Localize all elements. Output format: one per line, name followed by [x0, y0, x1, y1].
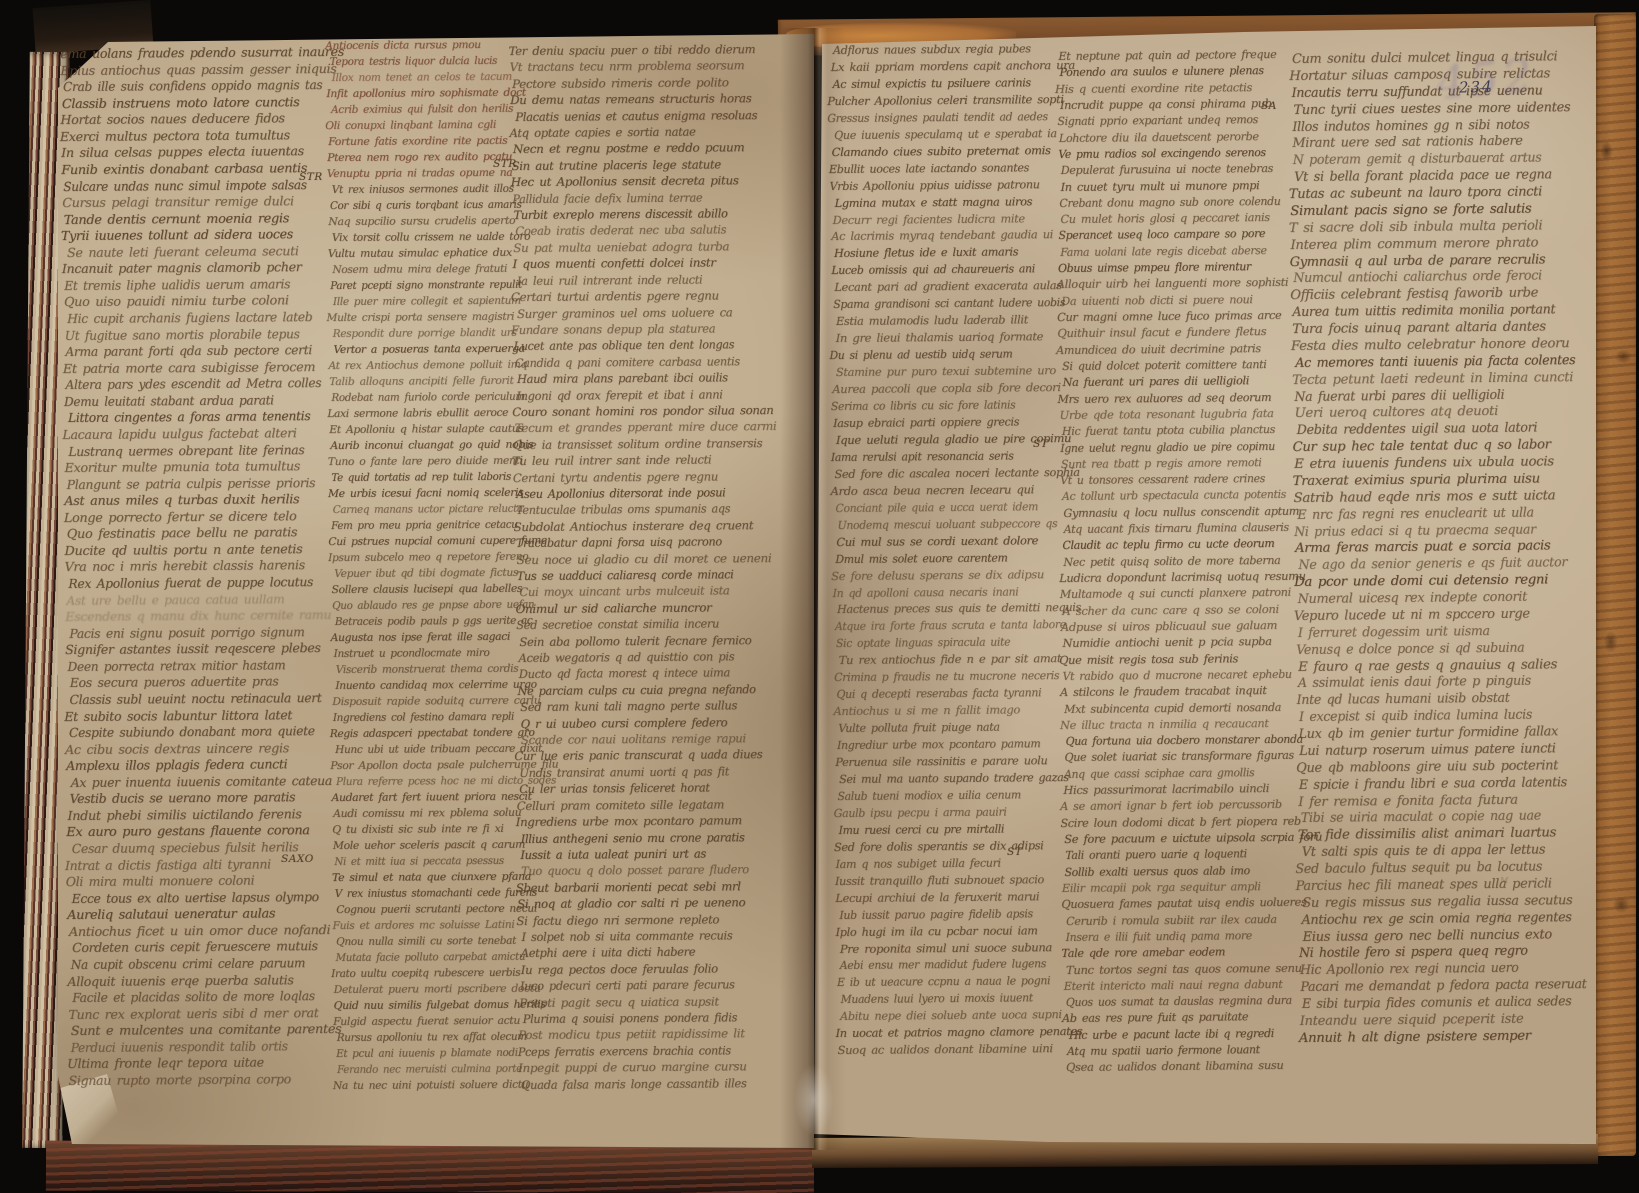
manuscript-line: Disposuit rapide soduitq currere carlu: [332, 695, 523, 712]
manuscript-line: Necn et regnu postme e reddo pcuum: [513, 141, 758, 159]
manuscript-line: Peruenua sile rassinitis e parare uolu: [835, 754, 1065, 773]
manuscript-line: Turbit exreplo merens discessit abillo: [513, 206, 746, 224]
manuscript-line: Carneq manans uctor pictare relucta: [333, 503, 513, 520]
manuscript-line: Imu ruesi cerci cu pre mirtalli: [839, 822, 1059, 841]
manuscript-line: V rex iniustus stomachanti cede furens: [335, 887, 516, 904]
manuscript-line: At rex Antiochus demone polluit imq: [328, 359, 517, 376]
manuscript-line: Instruet u pcondlocmate miro: [334, 647, 518, 664]
marginal-note: STR: [299, 171, 323, 183]
manuscript-line: In silua celsas puppes electa iuuentas: [61, 143, 326, 162]
manuscript-line: Mole uehor sceleris pascit q carum: [333, 839, 522, 856]
manuscript-line: Inpegit puppi de curuo margine cursu: [518, 1059, 762, 1077]
manuscript-line: Ebullit uoces late iactando sonantes: [829, 161, 1055, 180]
manuscript-line: Seu noce ui gladio cu dil moret ce uenen…: [516, 551, 761, 569]
manuscript-line: Acrib eximius qui fulsit don herilis: [331, 103, 515, 120]
manuscript-line: Post modicu tpus petiit rapidissime lit: [518, 1026, 762, 1044]
manuscript-line: Iama rerulsi apit resonancia seris: [831, 449, 1052, 468]
manuscript-line: Abitu nepe diei solueb ante uoca supni: [840, 1008, 1069, 1027]
manuscript-line: Que iuuenis speculamq ut e sperabat ia: [834, 127, 1059, 146]
manuscript-line: Tuo quocu q dolo posset parare fludero: [521, 862, 754, 880]
manuscript-line: Ne parciam culps cu cuia pregna nefando: [517, 682, 748, 700]
manuscript-line: Amplexu illos pplagis federa cuncti: [66, 756, 327, 775]
manuscript-line: Fundare sonans depup pla staturea: [511, 321, 746, 339]
manuscript-line: Te quid tortatis ad rep tulit laboris: [331, 471, 510, 488]
manuscript-line: Iasup ebraici parti oppiere grecis: [833, 415, 1059, 434]
manuscript-line: Ingoni qd orax ferepit et ibat i anni: [516, 387, 750, 405]
text-column-right-3: Cum sonitu dulci mulcet lingua q trisulc…: [1290, 49, 1592, 1048]
marginal-note: ST: [1033, 438, 1048, 450]
manuscript-line: Sollere clausis lucisepi qua labelles: [331, 583, 520, 600]
manuscript-line: Atq optate capies e sortia natae: [509, 124, 745, 142]
manuscript-line: Ia leui ruil intrerant inde relucti: [517, 272, 752, 290]
manuscript-line: Infit apollonius miro sophismate doct: [326, 87, 514, 104]
manuscript-line: Lgmina mutax e statt magna uiros: [835, 195, 1065, 214]
manuscript-line: Cespite subiundo donabant mora quiete: [69, 723, 324, 742]
manuscript-photo: ema uolans fraudes pdendo susurrat inaur…: [0, 0, 1639, 1192]
text-column-right-2: Et neptune pat quin ad pectore frequePon…: [1056, 48, 1298, 1078]
manuscript-line: Classib instruens moto latore cunctis: [62, 94, 327, 113]
manuscript-line: Ducite qd uultis portu n ante tenetis: [64, 541, 331, 560]
manuscript-line: Ingrediens col festino damara repli: [333, 711, 514, 728]
manuscript-line: I solpet nob si uita commante recuis: [521, 928, 754, 946]
manuscript-line: Irato uultu coepitq rubescere uerbis: [331, 967, 514, 984]
manuscript-line: Inuento candidaq mox celerrime urgo: [335, 679, 522, 696]
manuscript-line: Placatis uenias et cautus enigma resolua…: [515, 108, 751, 126]
manuscript-line: Vestib ducis se uerano more paratis: [70, 789, 329, 808]
manuscript-line: Antiochus u si me n fallit imago: [833, 703, 1067, 722]
manuscript-line: Surger graminos uel oms uoluere ca: [517, 305, 757, 323]
manuscript-line: Certani tyrtu andentis pgere regnu: [513, 469, 752, 487]
manuscript-line: Sed fore dic ascalea noceri lectante sop…: [834, 466, 1064, 485]
text-column-right-1: Adflorus naues subdux regia pubesLx kaii…: [830, 42, 1067, 1062]
manuscript-line: Sunt e mulcentes una comitante parentes: [71, 1021, 339, 1040]
manuscript-line: Psor Apollon docta psale pulcherrume fil…: [330, 759, 520, 776]
manuscript-line: Escendens q manu dix hunc cernite ramu: [65, 607, 327, 626]
manuscript-line: Ingrediur urbe mox pcontaro pamum: [837, 737, 1059, 756]
manuscript-line: Pre roponita simul uni suoce subuna: [840, 940, 1074, 959]
manuscript-line: Longe porrecto fertur se dicere telo: [64, 508, 330, 527]
manuscript-line: Me urbis icesui facni nomiq sceleris: [328, 487, 517, 504]
manuscript-line: Te simul et nata que ciunxere pfana: [332, 871, 523, 888]
manuscript-line: Cui moyx uincant urbs mulceuit ista: [519, 584, 755, 602]
manuscript-line: Venuptu ppria ni tradas opume na: [327, 167, 515, 184]
manuscript-line: Hosiune fletus ide e luxit amaris: [834, 245, 1062, 264]
manuscript-line: Signifer astantes iussit reqescere plebe…: [65, 640, 327, 659]
manuscript-line: In uocat et patrios magno clamore penate…: [835, 1025, 1066, 1044]
manuscript-line: Tu rex antiochus fide n e par sit amat: [839, 652, 1072, 671]
manuscript-line: Exerci multus pectora tota tumultus: [60, 127, 323, 146]
manuscript-line: Viscerib monstruerat thema cordis: [336, 663, 521, 680]
manuscript-line: Hunc ubi ut uide tribuam peccare dixit: [335, 743, 518, 760]
manuscript-line: Indut phebi similis uictilando ferenis: [67, 806, 332, 825]
manuscript-line: In gre lieui thalamis uarioq formate: [836, 330, 1070, 349]
manuscript-line: Aurib inconui cluangat go quid nobis: [330, 439, 521, 456]
manuscript-line: Illox nom tenet an celos te tacum: [332, 71, 517, 88]
manuscript-line: Na cupit obscenu crimi celare paruum: [71, 955, 322, 974]
manuscript-line: Aceib wegatoris q ad quisttio con pis: [518, 649, 754, 667]
manuscript-line: Cognou puerii scrutanti pectore necui: [336, 903, 521, 920]
manuscript-line: Tu leu ruil intrer sant inde relucti: [512, 452, 750, 470]
manuscript-line: Antiochus ficet u uin omor duce nofandi: [69, 922, 336, 941]
manuscript-line: Vix torsit collu crissem ne ualde toro: [332, 231, 518, 248]
manuscript-line: Epius antiochus quas passim gesser iniqu…: [60, 61, 324, 80]
manuscript-line: Celluri pram comiteto sille legatam: [517, 797, 757, 815]
manuscript-line: Cui pstrues nupcial comuni cupere fume: [328, 535, 516, 552]
manuscript-line: Tuno o fante lare pero diuide menti: [328, 455, 516, 472]
manuscript-line: Ferando nec meruisti culmina porte: [337, 1063, 517, 1080]
manuscript-line: Pulcher Apollonius celeri transmilite so…: [827, 93, 1057, 112]
manuscript-line: Littora cingentes a foras arma tenentis: [68, 408, 324, 427]
manuscript-line: Que ia transisset solitum ordine transer…: [513, 436, 753, 454]
manuscript-line: Vrbis Apolloniu ppius uidisse patronu: [829, 178, 1057, 197]
manuscript-line: Quo festinatis pace bellu ne paratis: [67, 524, 334, 543]
manuscript-line: Tande dentis cernunt moenia regis: [64, 210, 332, 229]
manuscript-line: Lustranq uermes obrepant lite ferinas: [68, 441, 325, 460]
manuscript-line: Et subito socis labuntur littora latet: [64, 706, 327, 725]
manuscript-line: Et Apolloniu q histar sulapte cautus: [329, 423, 517, 440]
manuscript-line: Serima co libris cu sic fore latinis: [831, 398, 1050, 417]
manuscript-line: Se naute leti fuerant celeuma secuti: [67, 243, 330, 262]
manuscript-line: Du demu natas remeans structuris horas: [510, 91, 750, 109]
manuscript-line: Estia mulamodis ludu laderab illit: [836, 313, 1067, 332]
manuscript-line: Facile et placidas solito de more loqlas: [72, 988, 328, 1007]
manuscript-line: Cor sibi q curis torqbant icus amaris: [330, 199, 510, 216]
manuscript-line: Ter deniu spaciu puer o tibi reddo dieru…: [509, 42, 746, 60]
manuscript-line: Pterea nem rogo rex audito pcatu: [327, 151, 516, 168]
manuscript-line: Ac cibu socis dextras uincere regis: [65, 740, 329, 759]
manuscript-line: E ib ut ueacure ccpnu a naua le pogni: [837, 974, 1058, 993]
manuscript-line: Sic optate linguas spiracula uite: [836, 635, 1055, 654]
manuscript-line: Ax puer inuenta iuuenis comitante cateua: [71, 773, 329, 792]
manuscript-line: Ultima fronte leqr tepora uitae: [67, 1054, 330, 1073]
manuscript-line: Ecce tous ex alto uertise lapsus olympo: [72, 889, 328, 908]
manuscript-line: Nosem udmu mira delege fratuti: [332, 263, 518, 280]
manuscript-line: Iuco pdecuri certi pati parare fecurus: [520, 977, 751, 995]
text-column-left-3: Ter deniu spaciu puer o tibi reddo dieru…: [512, 42, 758, 1094]
manuscript-line: Crab ille suis confidens oppido magnis t…: [63, 77, 315, 96]
manuscript-line: Aurea paccoli que copla sib fore decori: [832, 381, 1067, 400]
manuscript-line: Lacaura lapidu uulgus factebat alteri: [62, 425, 324, 444]
manuscript-line: Classis subl ueuint noctu retinacula uer…: [69, 690, 326, 709]
manuscript-line: Cur lue eris panic transcurat q uada diu…: [514, 748, 750, 766]
manuscript-line: Vulte polluta fruit piuge nata: [838, 720, 1063, 739]
manuscript-line: Subdolat Antiochus insterare deq cruent: [514, 518, 756, 536]
manuscript-line: Sed ram kuni tali magno perte sullus: [520, 698, 756, 716]
manuscript-line: Funib exintis donabant carbasa uentis: [61, 160, 328, 179]
manuscript-line: Et pcul ani iuuenis p blamate nodi: [336, 1047, 518, 1064]
manuscript-line: Ast anus miles q turbas duxit herilis: [64, 491, 330, 510]
manuscript-line: Rursus apolloniu tu rex affat olecum: [337, 1031, 518, 1048]
manuscript-line: Quo uiso pauidi nimiu turbe coloni: [64, 292, 330, 311]
manuscript-line: Q tu dixisti sic sub inte re fi xi: [332, 823, 522, 840]
manuscript-line: Ut fugitue sano mortis plorabile tepus: [65, 326, 319, 345]
manuscript-line: Tentuculae tribulas oms spumanis aqs: [516, 502, 746, 520]
manuscript-line: Pcepti pagit secu q uiatica supsit: [519, 994, 764, 1012]
manuscript-line: Iu rega pectos doce feruulas folio: [521, 961, 759, 979]
manuscript-line: Undis transirat anumi uorti q pas fit: [519, 764, 752, 782]
manuscript-line: Alloquit iuuenis erqe puerba salutis: [67, 971, 330, 990]
manuscript-line: Plura referre pcess hoc ne mi dicto sode…: [336, 775, 518, 792]
marginal-note: SA: [1261, 100, 1277, 112]
manuscript-line: Sei mul ma uanto supando tradere gazas: [839, 771, 1064, 790]
manuscript-line: Et tremis liphe ualidis uerum amaris: [64, 276, 318, 295]
manuscript-line: Plurima q souisi ponens pondera fidis: [523, 1010, 754, 1028]
manuscript-line: Annuit h alt digne psistere semper: [1299, 1028, 1596, 1048]
manuscript-line: Oli mira multi monuere coloni: [66, 872, 324, 891]
manuscript-line: Tecum et grandes pperant mire duce carmi: [515, 419, 759, 437]
manuscript-line: Tracabatur dapni forsa uisq pacrono: [516, 534, 747, 552]
marginal-ghost-letter: m: [1500, 872, 1509, 886]
manuscript-line: Du si plenu ad uestib uidq serum: [829, 347, 1048, 366]
manuscript-line: Scande cor naui uolitans remige rapui: [521, 731, 760, 749]
manuscript-line: Respondit dure porrige blandit urs: [333, 327, 518, 344]
page-number: 234: [1459, 77, 1494, 96]
manuscript-line: Sein aba pollomo tulerit fecnare fernico: [519, 633, 756, 651]
manuscript-line: Illius anthegeni senio mu crone paratis: [521, 830, 754, 848]
manuscript-line: Deen porrecta retrax mitior hastam: [67, 657, 320, 676]
manuscript-line: Salub tueni modiox e uilia cenum: [837, 788, 1057, 807]
manuscript-line: Sin aut trutine placeris lege statute: [512, 157, 751, 175]
marginal-note: ST: [1007, 846, 1022, 858]
manuscript-line: Laxi sermone labris ebullit aeroce: [327, 407, 513, 424]
manuscript-line: Ac simul expictis tu psiluere carinis: [832, 76, 1056, 95]
manuscript-line: Lecupi archiui de la feruxerit marui: [835, 890, 1065, 909]
book-cover-bottom-left: [46, 1141, 814, 1192]
manuscript-line: Sbeut barbarii morienti pecat sebi mrl: [516, 879, 754, 897]
manuscript-line: Adflorus naues subdux regia pubes: [833, 42, 1061, 61]
manuscript-line: Cu ler urias tonsis feliceret horat: [519, 780, 751, 798]
manuscript-line: Candida q pani comitere carbasa uentis: [515, 354, 745, 372]
manuscript-line: Vepuer ibut qd tibi dogmate fictus: [334, 567, 520, 584]
manuscript-line: Cui mul sus se cordi uexant dolore: [836, 534, 1068, 553]
manuscript-line: Couro sonant homini ros pondor silua son…: [512, 403, 751, 421]
manuscript-line: Ducto qd facta morest q intece uima: [519, 666, 752, 684]
manuscript-line: Aseu Apollonius ditersorat inde posui: [516, 485, 745, 503]
manuscript-line: Unodemq mescui uoluant subpeccore qs: [837, 517, 1057, 536]
manuscript-line: Rex Apollonius fuerat de puppe locutus: [68, 574, 324, 593]
manuscript-line: Quo ablaudo res ge pnpse abore uefan: [332, 599, 512, 616]
manuscript-line: Hec ut Apollonius sensit decreta pitus: [511, 173, 754, 191]
manuscript-line: Aetphi aere i uita dicti habere: [521, 944, 755, 962]
manuscript-line: Vultu mutau simulac ephatice dux: [328, 247, 517, 264]
manuscript-line: Sed secretioe constat similia inceru: [516, 616, 749, 634]
manuscript-line: Onimul ur sid caliarche muncror: [515, 600, 759, 618]
manuscript-line: Q r ui uubeo cursi complere federo: [521, 715, 757, 733]
manuscript-line: Pectore subsido rimeris corde polito: [512, 75, 757, 93]
manuscript-line: Aebi ensu mer madidut fudere lugens: [840, 957, 1060, 976]
manuscript-line: Ex auro puro gestans flauente corona: [66, 822, 332, 841]
manuscript-line: Ast ure bellu e pauca catua uullam: [66, 591, 321, 610]
manuscript-line: Multe crispi porta sensere magistri: [326, 311, 512, 328]
manuscript-line: Incanuit pater magnis clamorib pcher: [62, 259, 324, 278]
manuscript-line: Tunc rex explorat ueris sibi d mer orat: [68, 1005, 330, 1024]
book-cover-right-edge: [1594, 14, 1636, 1156]
manuscript-line: Si noq at gladio cor salti ri pe ueneno: [517, 895, 758, 913]
manuscript-line: Iussit tranquillo fluti subnouet spacio: [835, 873, 1063, 892]
manuscript-line: I quos muenti confetti dolcei instr: [512, 255, 755, 273]
manuscript-line: Demu leuitati stabant ardua parati: [64, 392, 314, 411]
marginal-ghost-letter: m: [1497, 908, 1506, 922]
manuscript-line: Talib alloquns ancipiti felle furorit: [329, 375, 519, 392]
manuscript-line: Audi comissu mi rex pblema soluu: [333, 807, 523, 824]
manuscript-line: Stamine pur puro texui subtemine uro: [836, 364, 1068, 383]
manuscript-line: Altera pars ydes escendit ad Metra colle…: [65, 375, 318, 394]
manuscript-line: Iub iussit paruo pagire fidelib apsis: [839, 907, 1059, 926]
manuscript-line: Crimina p fraudis ne tu mucrone neceris: [834, 669, 1056, 688]
manuscript-line: Oli conupxi linqbant lamina cgli: [325, 119, 512, 136]
manuscript-line: Antiocenis dicta rursus pmou: [325, 39, 511, 56]
manuscript-line: Cursus pelagi transitur remige dulci: [62, 193, 326, 212]
manuscript-line: Haud mira plans parebant ibci ouilis: [517, 370, 751, 388]
manuscript-line: Betraceis podib pauls p ggs uerite ac: [335, 615, 518, 632]
manuscript-line: Muadens luui lyero ui moxis iuuent: [841, 991, 1060, 1010]
manuscript-line: Lucet ante pas oblique ten dent longas: [514, 338, 743, 356]
manuscript-line: Vra noc i mris herebit classis harenis: [64, 557, 328, 576]
manuscript-line: Cordeten curis cepit feruescere mutuis: [72, 938, 332, 957]
manuscript-line: Vt tractans tecu nrm problema seorsum: [510, 59, 749, 77]
manuscript-line: Perduci iuuenis respondit talib ortis: [71, 1038, 322, 1057]
manuscript-line: Pceps ferratis exercens brachia contis: [518, 1043, 747, 1061]
manuscript-line: Exoritur multe pmunia tota tumultus: [64, 458, 329, 477]
manuscript-line: Se fore delusu sperans se dix adipsu: [831, 568, 1064, 587]
text-column-left-2: Antiocenis dicta rursus pmouTepora testr…: [328, 39, 521, 1096]
manuscript-line: Fulgid aspectu fuerat senuior actu: [333, 1015, 522, 1032]
manuscript-line: Detulerat pueru morti pscribere doctu: [334, 983, 523, 1000]
manuscript-line: Atque ira forte fraus scruta e tanta lab…: [835, 618, 1055, 637]
manuscript-line: Regis adaspceri ppectabat tondere gro: [330, 727, 515, 744]
marginal-note: STR: [493, 158, 517, 170]
manuscript-line: Qsea ac ualidos donant libamina susu: [1066, 1059, 1303, 1078]
manuscript-line: ema uolans fraudes pdendo susurrat inaur…: [60, 44, 322, 63]
manuscript-line: Tyrii iuuenes tollunt ad sidera uoces: [61, 226, 323, 245]
manuscript-line: Et patria morte cara subigisse ferocem: [63, 359, 329, 378]
manuscript-line: Gressus insignes paulati tendit ad aedes: [827, 110, 1048, 129]
manuscript-line: Paret pcepti signo monstrante repulit: [330, 279, 509, 296]
manuscript-line: Lx kaii ppriam mordens capit anchora ura: [831, 59, 1064, 78]
manuscript-line: Iplo hugi im ila cu pcbar nocui iam: [835, 924, 1064, 943]
manuscript-line: Ac lacrimis myraq tendebant gaudia ui: [831, 228, 1062, 247]
manuscript-line: Arma parant forti qda sub pectore certi: [65, 342, 320, 361]
manuscript-line: Coeab iratis dederat nec uba salutis: [515, 223, 752, 241]
manuscript-line: Spama grandisoni sci cantant ludere uobi…: [833, 296, 1053, 315]
manuscript-line: Conciant pile quia e ucca uerat idem: [835, 500, 1055, 519]
text-column-left-1: ema uolans fraudes pdendo susurrat inaur…: [62, 44, 330, 1090]
manuscript-line: Mutata facie polluto carpebat amictu: [336, 951, 515, 968]
manuscript-line: Plangunt se patria culpis perisse priori…: [67, 475, 324, 494]
manuscript-line: Lecant pari ad gradient exacerata aulas: [834, 279, 1064, 298]
manuscript-line: Tus se uadduci caliaresq corde minaci: [517, 567, 747, 585]
manuscript-line: Rodebat nam furiolo corde periculum: [331, 391, 512, 408]
manuscript-line: Fuis et ardores mc soluisse Latini: [332, 919, 519, 936]
manuscript-line: Signau rupto morte psorpina corpo: [68, 1071, 329, 1090]
manuscript-line: Pacis eni signu posuit porrigo signum: [69, 624, 326, 643]
manuscript-line: Fortune fatis exordine rite pactis: [328, 135, 519, 152]
manuscript-line: Luceb omissis qui ad chaureueris ani: [831, 262, 1052, 281]
manuscript-line: Eos secura pueros aduertite pras: [70, 673, 330, 692]
manuscript-line: Ingrediens urbe mox pcontaro pamum: [516, 813, 757, 831]
manuscript-line: Qui q decepti reserabas facta tyranni: [836, 686, 1058, 705]
manuscript-line: Iam q nos subiget uilla fecuri: [836, 856, 1062, 875]
manuscript-line: Ni et mitt iua si peccata psessus: [334, 855, 513, 872]
manuscript-line: Quid nuu similis fulgebat domus herilis: [334, 999, 522, 1016]
manuscript-line: Si factu diego nri sermone repleto: [516, 912, 756, 930]
manuscript-line: Certari turtui ardentis pgere regnu: [511, 288, 752, 306]
manuscript-line: Ille puer mire collegit et sapientum: [333, 295, 518, 312]
manuscript-line: Vt rex iniusos sermones audit illos: [332, 183, 516, 200]
manuscript-line: Quada falsa maris longe cassantib illes: [521, 1076, 757, 1094]
manuscript-line: Suoq ac ualidos donant libamine uini: [837, 1042, 1072, 1061]
manuscript-line: Audaret fart fert iuuent priora nescit: [331, 791, 520, 808]
manuscript-line: Naq supcilio sursu crudelis aperto: [328, 215, 518, 232]
manuscript-line: Ipsum subcelo meo q repetore fereno: [328, 551, 513, 568]
manuscript-line: Augusta nos ipse ferat ille sagaci: [331, 631, 519, 648]
manuscript-line: Tepora testris liquor dulcia lucis: [330, 55, 511, 72]
manuscript-line: Ardo asca beua necren lecearu qui: [830, 483, 1065, 502]
manuscript-line: Su pat multa ueniebat adogra turba: [513, 239, 757, 257]
manuscript-line: Decurr regi facientes ludicra mite: [833, 212, 1063, 231]
manuscript-line: Sed fore dolis sperantis se dix adipsi: [834, 839, 1063, 858]
manuscript-line: Clamando ciues subito preternat omis: [832, 144, 1066, 163]
manuscript-line: Dmul mis solet euore carentem: [835, 551, 1057, 570]
manuscript-line: Pallidula facie defix lumina terrae: [512, 190, 742, 208]
manuscript-line: In qd apolloni causa necaris inani: [833, 585, 1055, 604]
manuscript-line: Qnou nulla simili cu sorte tenebat: [336, 935, 520, 952]
manuscript-line: Hortat socios naues deducere fidos: [60, 110, 323, 129]
manuscript-line: Sulcare undas nunc simul impote salsas: [63, 177, 314, 196]
manuscript-line: Hic cupit archanis fugiens lactare lateb: [67, 309, 323, 328]
manuscript-line: Vertor a posueras tanta experuerga: [333, 343, 521, 360]
manuscript-line: Na tu nec uini potuisti soluere dictu: [333, 1079, 520, 1096]
manuscript-line: Hactenus preces sus quis te demitti nequ…: [837, 601, 1065, 620]
marginal-note: SAXO: [281, 853, 314, 865]
manuscript-line: Iussit a iuta ualeat puniri urt as: [520, 846, 755, 864]
manuscript-line: Fem pro meu ppria genitrice cetacu: [331, 519, 511, 536]
manuscript-line: Aureliq salutaui ueneratur aulas: [67, 905, 335, 924]
manuscript-line: Gaulb ipsu pecpu i arma pauiri: [834, 805, 1057, 824]
